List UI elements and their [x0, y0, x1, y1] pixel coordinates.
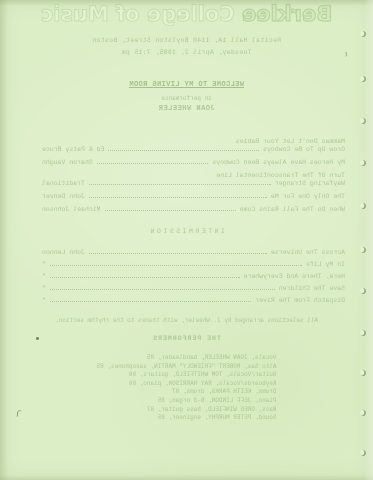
composer-ditto-mark: " — [42, 297, 46, 305]
paper-edge-highlight-right — [364, 0, 373, 480]
performer-line: Guitar/Vocals, TOM WHITFIELD, guitars, 8… — [96, 371, 276, 380]
program-entry: The Only One For Me John Denver — [42, 193, 345, 201]
ink-speck — [36, 337, 39, 340]
program-entry: My Heroes Have Always Been Cowboys Sharo… — [42, 159, 345, 167]
welcome-title: WELCOME TO MY LIVING ROOM — [0, 81, 373, 89]
program-entry: Save The Children " — [42, 285, 345, 293]
program-entry: Turn Of The Transcontinental Line Wayfar… — [42, 172, 345, 188]
song-title-line: When Do The Fall Rains Come — [240, 206, 345, 214]
program-second-half: Across The Universe John Lennon In My Li… — [42, 249, 345, 309]
dot-leader — [108, 149, 259, 151]
performers-list: Vocals, JOAN WHEELER, bandleader, 85 Alt… — [0, 354, 373, 423]
composer-name: Ed & Patsy Bruce — [42, 146, 104, 154]
song-title-line: Here, There And Everywhere — [244, 273, 345, 281]
dot-leader — [50, 288, 275, 290]
dot-leader — [50, 276, 240, 278]
song-title-line: The Only One For Me — [271, 193, 345, 201]
program-entry: When Do The Fall Rains Come Michael John… — [42, 206, 345, 214]
venue-line: Recital Hall 1A, 1140 Boylston Street, B… — [0, 37, 373, 44]
scanned-program-page: Berklee College of Music Recital Hall 1A… — [0, 0, 373, 480]
song-title-line: Save The Children — [279, 285, 345, 293]
program-entry: Across The Universe John Lennon — [42, 249, 345, 257]
performer-line: Alto Sax, ROBERT "FRIENDLY" MARTIN, saxo… — [96, 363, 276, 372]
paper-edge-shadow-top — [0, 0, 373, 6]
composer-ditto-mark: " — [42, 273, 46, 281]
performer-line: Keyboards/Vocals, RAY HARRISON, piano, 8… — [96, 380, 276, 389]
composer-name: John Denver — [42, 193, 85, 201]
datetime-line: Tuesday, April 2, 1985, 7:15 pm — [0, 49, 373, 56]
song-title-line: Grow Up To Be Cowboys — [263, 146, 345, 154]
composer-name: Traditional — [42, 180, 85, 188]
song-title-line: Dispatch From The River — [255, 297, 345, 305]
paper-edge-shadow-bottom — [0, 475, 373, 480]
dot-leader — [50, 264, 302, 266]
intermission-label: INTERMISSION — [0, 228, 373, 235]
song-title-line: Wayfaring Stranger — [275, 180, 345, 188]
mirrored-showthrough-layer: Berklee College of Music Recital Hall 1A… — [0, 0, 373, 480]
performer-line: Sound, PETER MURPHY, engineer, 85 — [96, 414, 276, 423]
performer-line: Bass, GREG WINFIELD, bass guitar, 87 — [96, 406, 276, 415]
dot-leader — [50, 300, 251, 302]
composer-ditto-mark: " — [42, 261, 46, 269]
performer-name: JOAN WHEELER — [0, 105, 373, 113]
song-title-line: Turn Of The Transcontinental Line — [42, 172, 345, 180]
program-entry: Here, There And Everywhere " — [42, 273, 345, 281]
arranger-note: All selections arranged by J. Wheeler, w… — [0, 317, 373, 324]
program-entry: In My Life " — [42, 261, 345, 269]
program-entry: Dispatch From The River " — [42, 297, 345, 305]
song-title-line: In My Life — [306, 261, 345, 269]
welcome-subtitle: in performance — [0, 95, 373, 102]
performer-line: Piano, JEFF LINDON, B-3 organ, 85 — [96, 397, 276, 406]
performer-line: Drums, KEITH PARKS, drums, 87 — [96, 388, 276, 397]
composer-name: John Lennon — [42, 249, 85, 257]
performers-heading: THE PERFORMERS — [0, 335, 373, 342]
dot-leader — [89, 196, 267, 198]
paper-edge-shadow-left — [0, 0, 8, 480]
composer-name: Michael Johnson — [42, 206, 101, 214]
song-title-line: My Heroes Have Always Been Cowboys — [212, 159, 345, 167]
dot-leader — [105, 209, 236, 211]
dot-leader — [89, 252, 267, 254]
performers-block: Vocals, JOAN WHEELER, bandleader, 85 Alt… — [96, 354, 276, 423]
song-title-line: Mammas Don't Let Your Babies — [42, 138, 345, 146]
composer-name: Sharon Vaughn — [42, 159, 93, 167]
song-title-line: Across The Universe — [271, 249, 345, 257]
dot-leader — [89, 183, 271, 185]
performer-line: Vocals, JOAN WHEELER, bandleader, 85 — [96, 354, 276, 363]
program-entry: Mammas Don't Let Your Babies Grow Up To … — [42, 138, 345, 154]
composer-ditto-mark: " — [42, 285, 46, 293]
program-first-half: Mammas Don't Let Your Babies Grow Up To … — [42, 138, 345, 219]
dot-leader — [97, 162, 209, 164]
